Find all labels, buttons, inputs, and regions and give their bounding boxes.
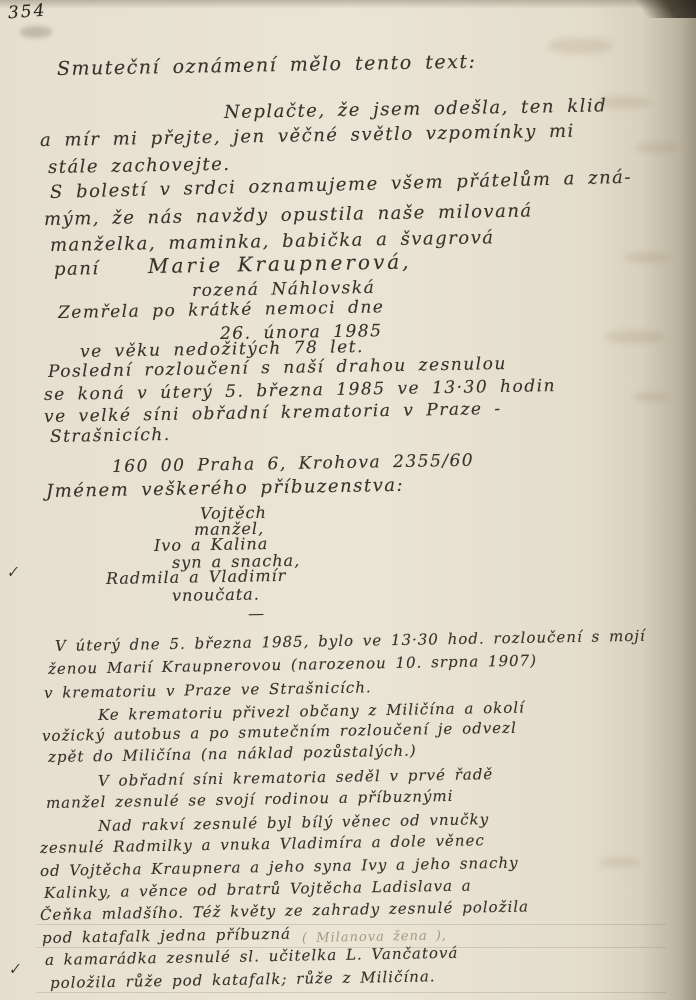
handwritten-line: Marie Kraupnerová, xyxy=(148,249,412,278)
handwritten-line: V úterý dne 5. března 1985, bylo ve 13·3… xyxy=(55,627,646,655)
handwritten-line: mým, že nás navždy opustila naše milovan… xyxy=(44,200,533,230)
ink-bleedthrough xyxy=(624,252,670,263)
handwritten-line: 160 00 Praha 6, Krohova 2355/60 xyxy=(112,451,475,477)
handwritten-line: Jménem veškerého příbuzenstva: xyxy=(46,475,404,502)
handwritten-line: manžel zesnulé se svojí rodinou a příbuz… xyxy=(46,787,454,812)
handwritten-line: Čeňka mladšího. Též květy ze zahrady zes… xyxy=(40,897,529,924)
ink-bleedthrough xyxy=(634,392,668,402)
handwritten-line: zesnulé Radmilky a vnuka Vladimíra a dol… xyxy=(40,831,485,857)
handwritten-line: vnoučata. xyxy=(172,584,260,605)
ink-bleedthrough xyxy=(606,330,664,344)
page-number: 354 xyxy=(7,1,47,24)
ink-bleedthrough xyxy=(600,858,640,867)
handwritten-line: Kalinky, a věnce od bratrů Vojtěcha Ladi… xyxy=(44,877,472,902)
handwritten-line: paní xyxy=(54,258,100,280)
handwritten-line: zpět do Miličína (na náklad pozůstalých.… xyxy=(48,742,417,766)
handwritten-line: pod katafalk jedna příbuzná xyxy=(42,925,291,947)
handwritten-line: — xyxy=(248,604,266,623)
handwritten-line: v krematoriu v Praze ve Strašnicích. xyxy=(44,678,372,702)
ink-bleedthrough xyxy=(636,142,678,153)
handwritten-line: Strašnicích. xyxy=(50,425,171,447)
handwritten-line: ženou Marií Kraupnerovou (narozenou 10. … xyxy=(48,651,537,678)
pencil-smudge xyxy=(20,26,52,38)
photo-dark-corner xyxy=(618,0,696,18)
handwritten-line: Smuteční oznámení mělo tento text: xyxy=(57,51,477,80)
handwritten-line: stále zachovejte. xyxy=(48,154,231,178)
ink-bleedthrough xyxy=(548,38,612,54)
manuscript-page: 354 Smuteční oznámení mělo tento text:Ne… xyxy=(0,0,696,1000)
faint-rule-line xyxy=(36,992,666,993)
margin-checkmark-upper: ✓ xyxy=(5,562,20,582)
handwritten-line: Zemřela po krátké nemoci dne xyxy=(58,297,385,323)
handwritten-line: položila růže pod katafalk; růže z Milič… xyxy=(50,967,436,992)
handwritten-line: a mír mi přejte, jen věčné světlo vzpomí… xyxy=(40,121,575,151)
margin-checkmark-lower: ✓ xyxy=(7,959,22,979)
handwritten-line: Neplačte, že jsem odešla, ten klid xyxy=(224,95,608,123)
faint-rule-line xyxy=(36,924,666,925)
